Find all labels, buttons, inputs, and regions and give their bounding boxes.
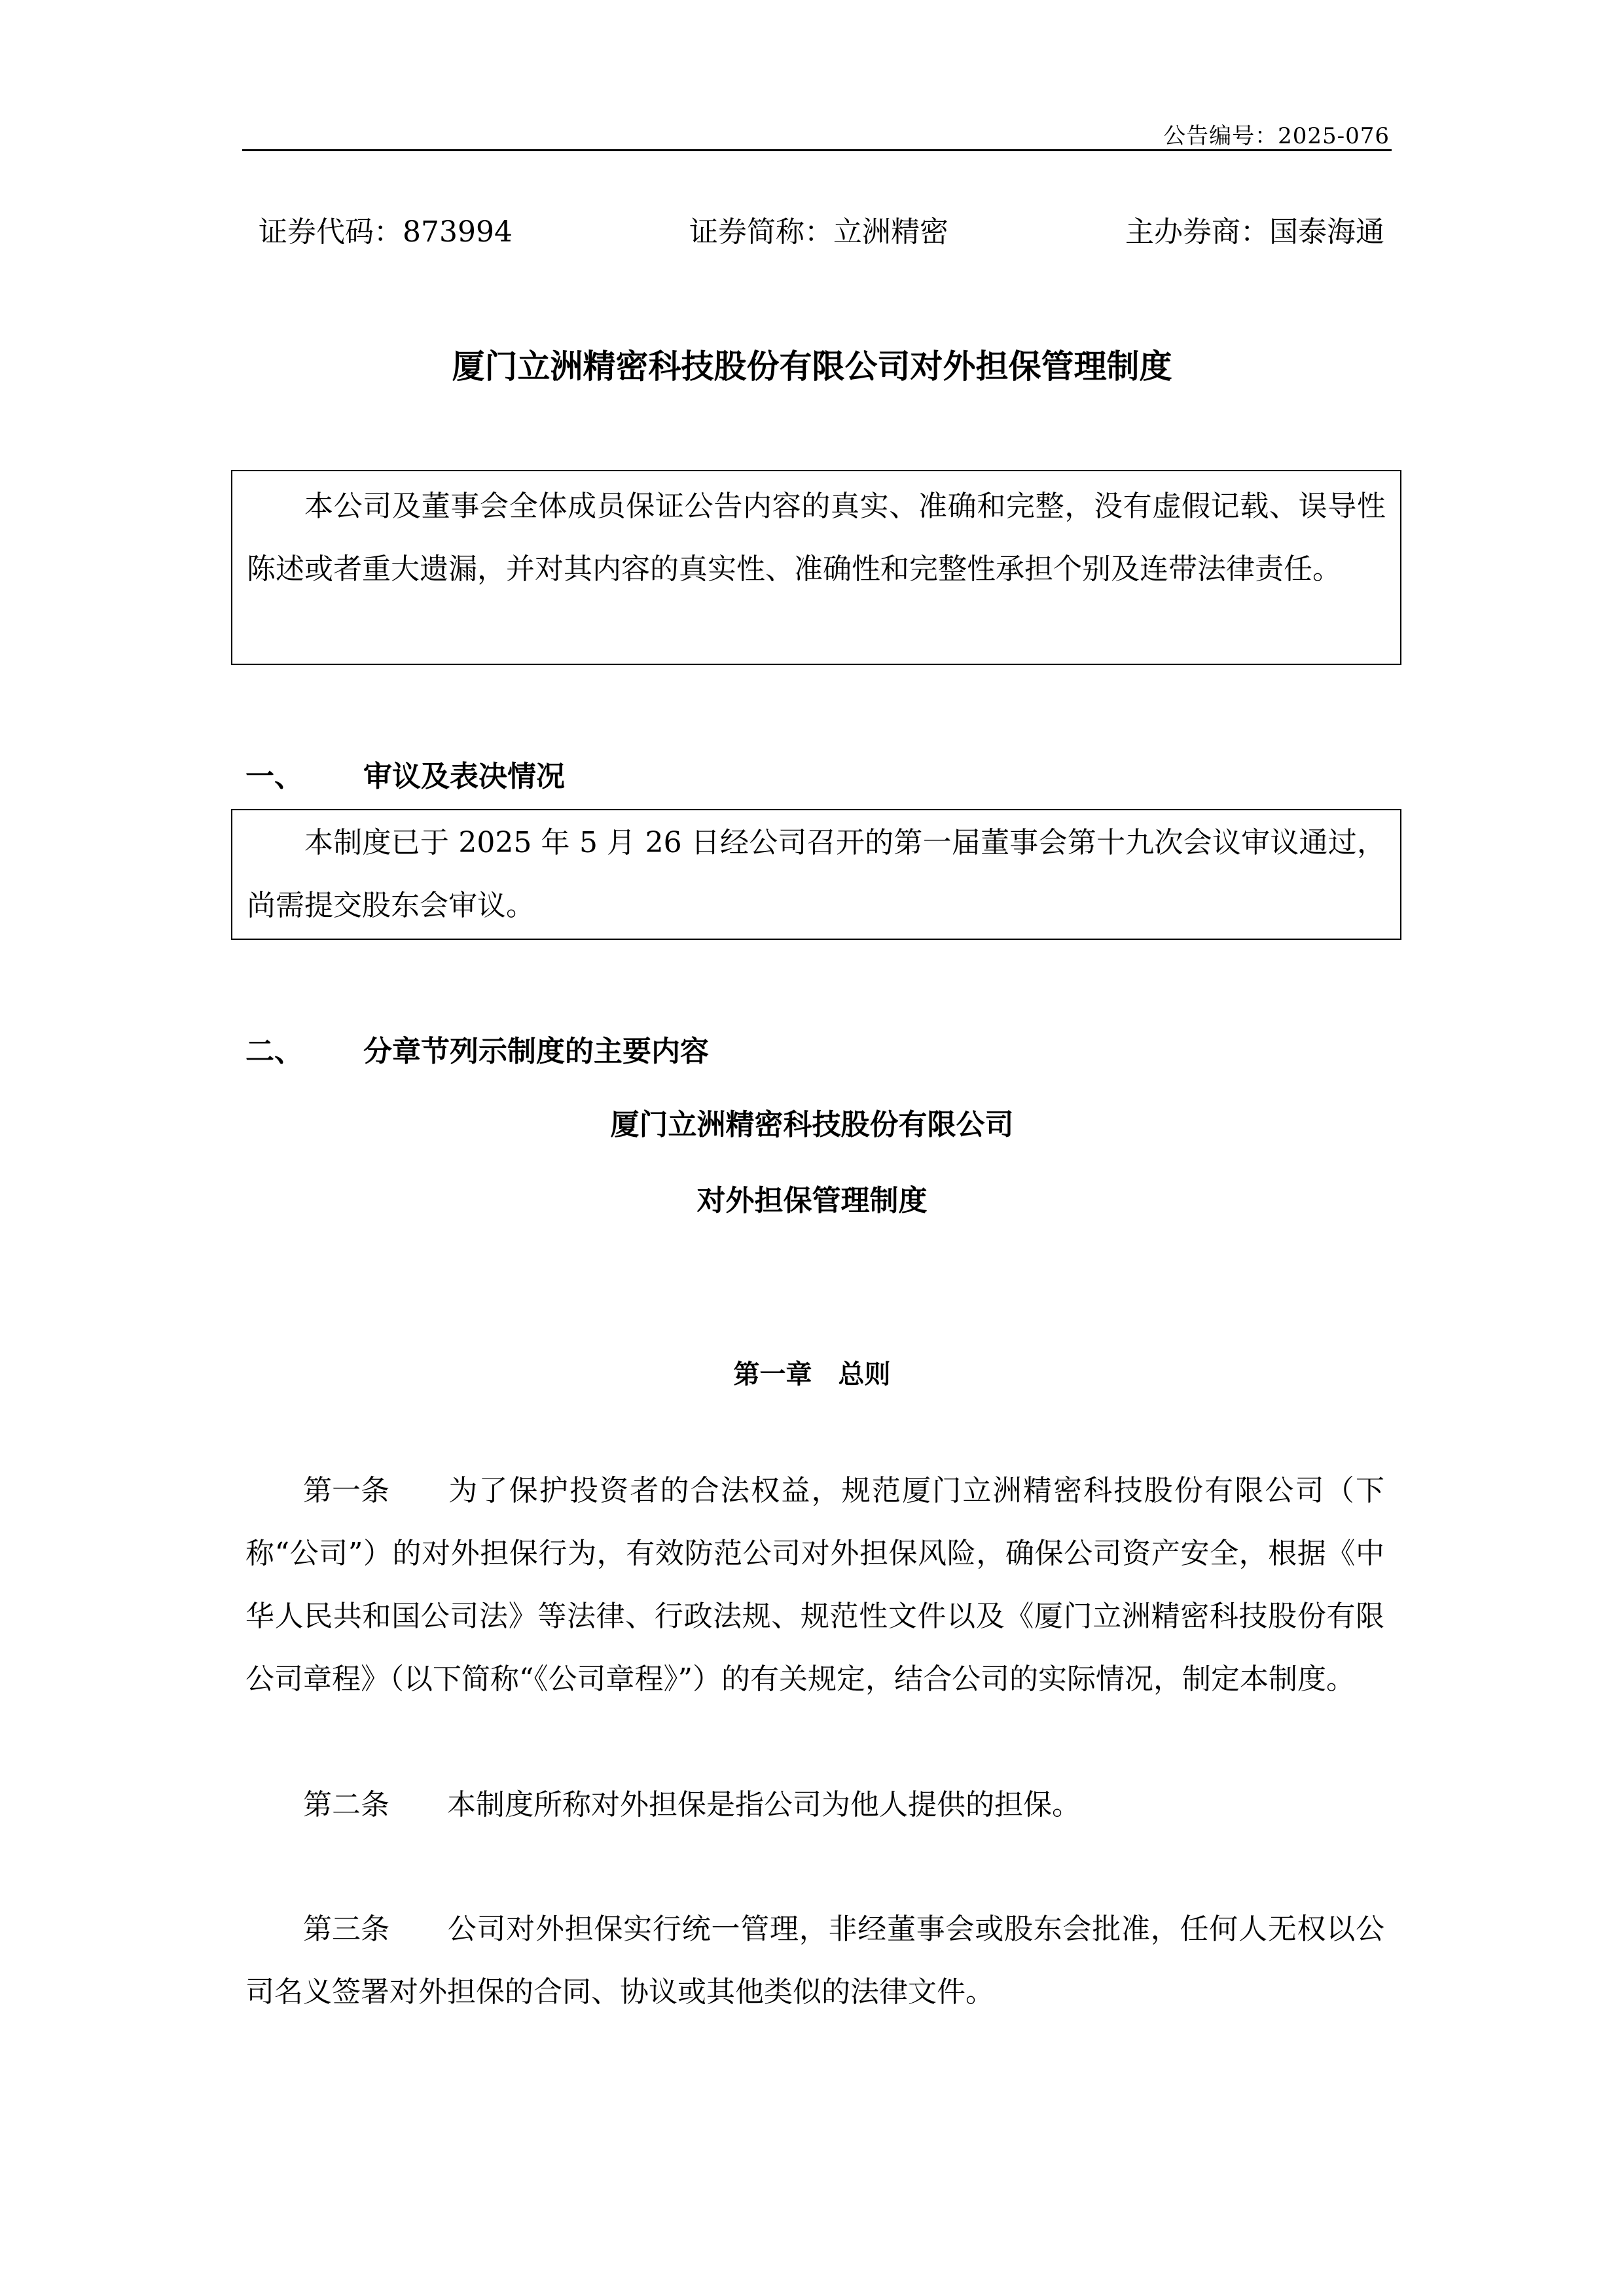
section-number: 一、 <box>245 753 363 795</box>
section-title: 分章节列示制度的主要内容 <box>363 1035 709 1068</box>
section-heading-2: 二、分章节列示制度的主要内容 <box>245 1028 709 1069</box>
approval-box: 本制度已于 2025 年 5 月 26 日经公司召开的第一届董事会第十九次会议审… <box>231 809 1401 940</box>
approval-text: 本制度已于 2025 年 5 月 26 日经公司召开的第一届董事会第十九次会议审… <box>247 812 1386 937</box>
document-title: 厦门立洲精密科技股份有限公司对外担保管理制度 <box>0 340 1624 387</box>
disclaimer-text: 本公司及董事会全体成员保证公告内容的真实、准确和完整，没有虚假记载、误导性陈述或… <box>247 475 1386 601</box>
section-number: 二、 <box>245 1028 363 1069</box>
company-name-heading: 厦门立洲精密科技股份有限公司 <box>0 1101 1624 1143</box>
section-title: 审议及表决情况 <box>363 760 565 793</box>
article-label: 第二条 <box>245 1774 447 1837</box>
stock-code: 证券代码：873994 <box>259 208 513 250</box>
announcement-number: 公告编号：2025-076 <box>1163 118 1390 150</box>
disclaimer-box: 本公司及董事会全体成员保证公告内容的真实、准确和完整，没有虚假记载、误导性陈述或… <box>231 470 1401 665</box>
article-3: 第三条公司对外担保实行统一管理，非经董事会或股东会批准，任何人无权以公司名义签署… <box>245 1898 1384 2024</box>
security-info-row: 证券代码：873994 证券简称：立洲精密 主办券商：国泰海通 <box>259 208 1384 250</box>
section-heading-1: 一、审议及表决情况 <box>245 753 565 795</box>
sponsor-broker: 主办券商：国泰海通 <box>1125 208 1384 250</box>
article-label: 第三条 <box>245 1898 447 1961</box>
chapter-heading: 第一章 总则 <box>0 1354 1624 1391</box>
regulation-name-heading: 对外担保管理制度 <box>0 1177 1624 1219</box>
article-text: 本制度所称对外担保是指公司为他人提供的担保。 <box>447 1788 1081 1821</box>
article-1: 第一条为了保护投资者的合法权益，规范厦门立洲精密科技股份有限公司（下称“公司”）… <box>245 1460 1384 1711</box>
stock-abbreviation: 证券简称：立洲精密 <box>689 208 948 250</box>
article-label: 第一条 <box>245 1460 447 1522</box>
article-2: 第二条本制度所称对外担保是指公司为他人提供的担保。 <box>245 1774 1384 1837</box>
header-divider <box>242 149 1392 151</box>
